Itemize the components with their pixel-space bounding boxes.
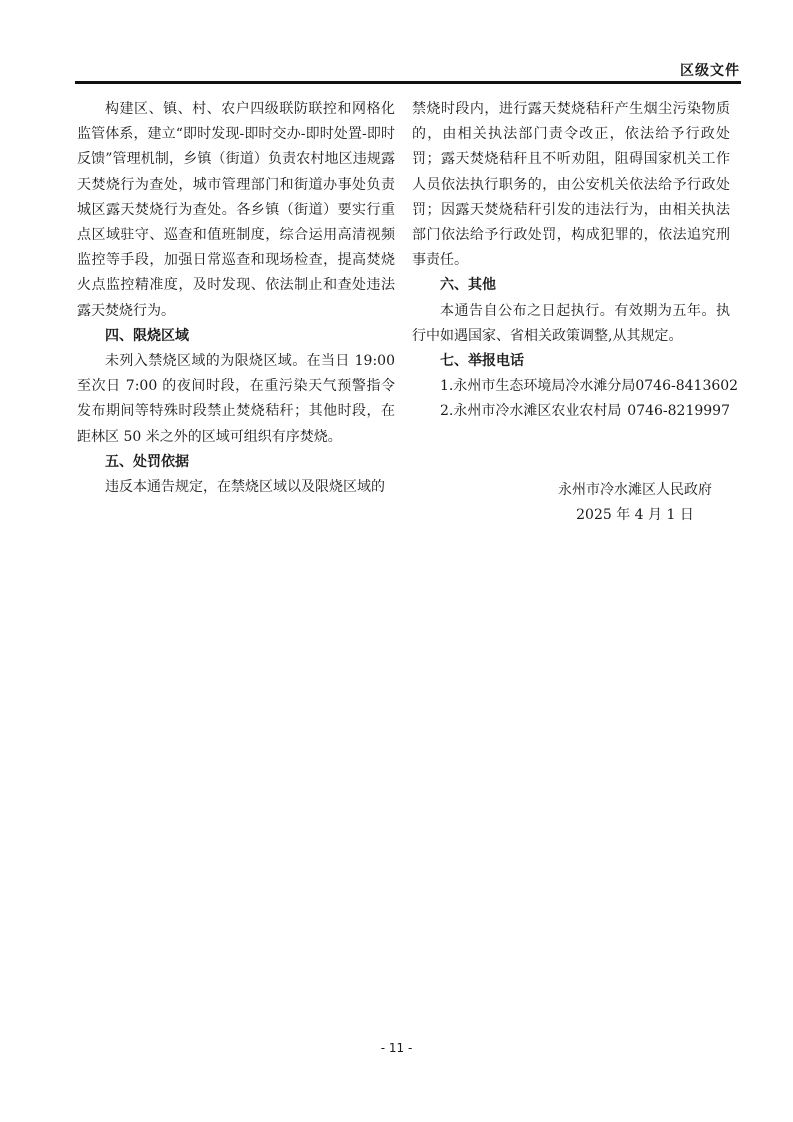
section-5-title: 五、处罚依据 bbox=[77, 450, 395, 475]
issuer: 永州市冷水滩区人民政府 bbox=[540, 478, 730, 503]
header-rule bbox=[75, 81, 741, 84]
contact-org: 1.永州市生态环境局冷水滩分局 bbox=[440, 374, 635, 399]
right-column: 禁烧时段内，进行露天焚烧秸秆产生烟尘污染物质的，由相关执法部门责令改正，依法给予… bbox=[412, 97, 730, 425]
section-6-text: 本通告自公布之日起执行。有效期为五年。执行中如遇国家、省相关政策调整,从其规定。 bbox=[412, 299, 730, 349]
section-5-text: 违反本通告规定，在禁烧区域以及限烧区域的 bbox=[77, 475, 395, 500]
contact-item: 2.永州市冷水滩区农业农村局 0746-8219997 bbox=[412, 399, 730, 424]
contact-phone: 0746-8219997 bbox=[627, 399, 730, 424]
header-label: 区级文件 bbox=[680, 60, 740, 80]
section-4-title: 四、限烧区域 bbox=[77, 324, 395, 349]
page-number: - 11 - bbox=[0, 1041, 793, 1055]
paragraph-penalties: 禁烧时段内，进行露天焚烧秸秆产生烟尘污染物质的，由相关执法部门责令改正，依法给予… bbox=[412, 97, 730, 273]
section-4-text: 未列入禁烧区域的为限烧区域。在当日 19:00 至次日 7:00 的夜间时段，在… bbox=[77, 349, 395, 450]
contact-item: 1.永州市生态环境局冷水滩分局 0746-8413602 bbox=[412, 374, 730, 399]
left-column: 构建区、镇、村、农户四级联防联控和网格化监管体系，建立“即时发现-即时交办-即时… bbox=[77, 97, 395, 500]
signature-block: 永州市冷水滩区人民政府 2025 年 4 月 1 日 bbox=[540, 478, 730, 528]
paragraph-supervision: 构建区、镇、村、农户四级联防联控和网格化监管体系，建立“即时发现-即时交办-即时… bbox=[77, 97, 395, 324]
section-6-title: 六、其他 bbox=[412, 273, 730, 298]
issue-date: 2025 年 4 月 1 日 bbox=[540, 503, 730, 528]
contact-phone: 0746-8413602 bbox=[635, 374, 738, 399]
contact-org: 2.永州市冷水滩区农业农村局 bbox=[440, 399, 621, 424]
section-7-title: 七、举报电话 bbox=[412, 349, 730, 374]
